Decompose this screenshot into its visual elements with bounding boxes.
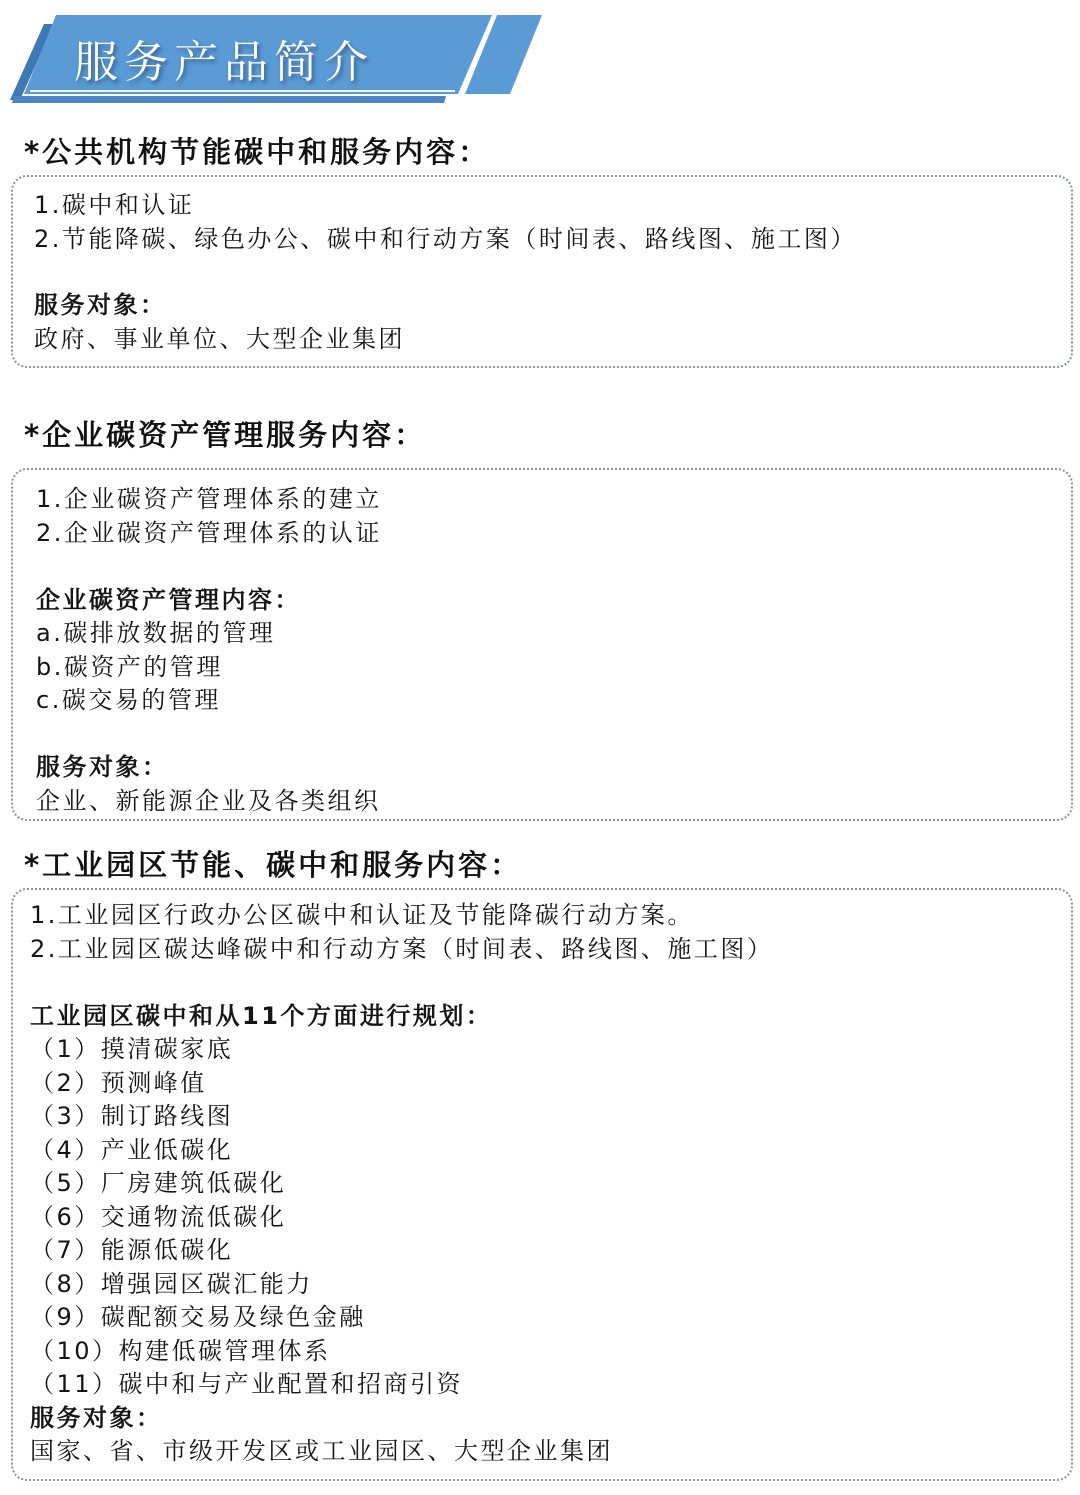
- list-item: 1.碳中和认证: [34, 190, 194, 220]
- target-label: 服务对象：: [34, 290, 167, 320]
- list-item: （11）碳中和与产业配置和招商引资: [30, 1369, 463, 1399]
- list-item: （5）厂房建筑低碳化: [30, 1168, 286, 1198]
- list-item: a.碳排放数据的管理: [36, 618, 275, 648]
- list-item: （8）增强园区碳汇能力: [30, 1269, 313, 1299]
- title-banner: 服务产品简介: [0, 0, 560, 110]
- list-item: （9）碳配额交易及绿色金融: [30, 1302, 366, 1332]
- target-label: 服务对象：: [36, 752, 169, 782]
- list-item: （7）能源低碳化: [30, 1235, 233, 1265]
- list-item: （6）交通物流低碳化: [30, 1202, 286, 1232]
- section-heading-public-institutions: *公共机构节能碳中和服务内容：: [24, 130, 490, 171]
- banner-title: 服务产品简介: [74, 26, 374, 90]
- target-value: 政府、事业单位、大型企业集团: [34, 324, 405, 354]
- list-item: 2.企业碳资产管理体系的认证: [36, 518, 382, 548]
- sub-label: 工业园区碳中和从11个方面进行规划：: [30, 1001, 492, 1031]
- section-heading-carbon-asset-management: *企业碳资产管理服务内容：: [24, 413, 426, 454]
- list-item: 1.企业碳资产管理体系的建立: [36, 484, 382, 514]
- list-item: 2.节能降碳、绿色办公、碳中和行动方案（时间表、路线图、施工图）: [34, 224, 857, 254]
- list-item: c.碳交易的管理: [36, 685, 221, 715]
- list-item: 1.工业园区行政办公区碳中和认证及节能降碳行动方案。: [30, 900, 694, 930]
- list-item: （4）产业低碳化: [30, 1135, 233, 1165]
- list-item: （3）制订路线图: [30, 1101, 233, 1131]
- target-value: 国家、省、市级开发区或工业园区、大型企业集团: [30, 1436, 613, 1466]
- list-item: 2.工业园区碳达峰碳中和行动方案（时间表、路线图、施工图）: [30, 934, 773, 964]
- list-item: （10）构建低碳管理体系: [30, 1336, 331, 1366]
- list-item: （2）预测峰值: [30, 1068, 207, 1098]
- sub-label: 企业碳资产管理内容：: [36, 585, 301, 615]
- target-label: 服务对象：: [30, 1403, 163, 1433]
- list-item: b.碳资产的管理: [36, 652, 223, 682]
- section-heading-industrial-park: *工业园区节能、碳中和服务内容：: [24, 843, 522, 884]
- list-item: （1）摸清碳家底: [30, 1034, 233, 1064]
- target-value: 企业、新能源企业及各类组织: [36, 786, 381, 816]
